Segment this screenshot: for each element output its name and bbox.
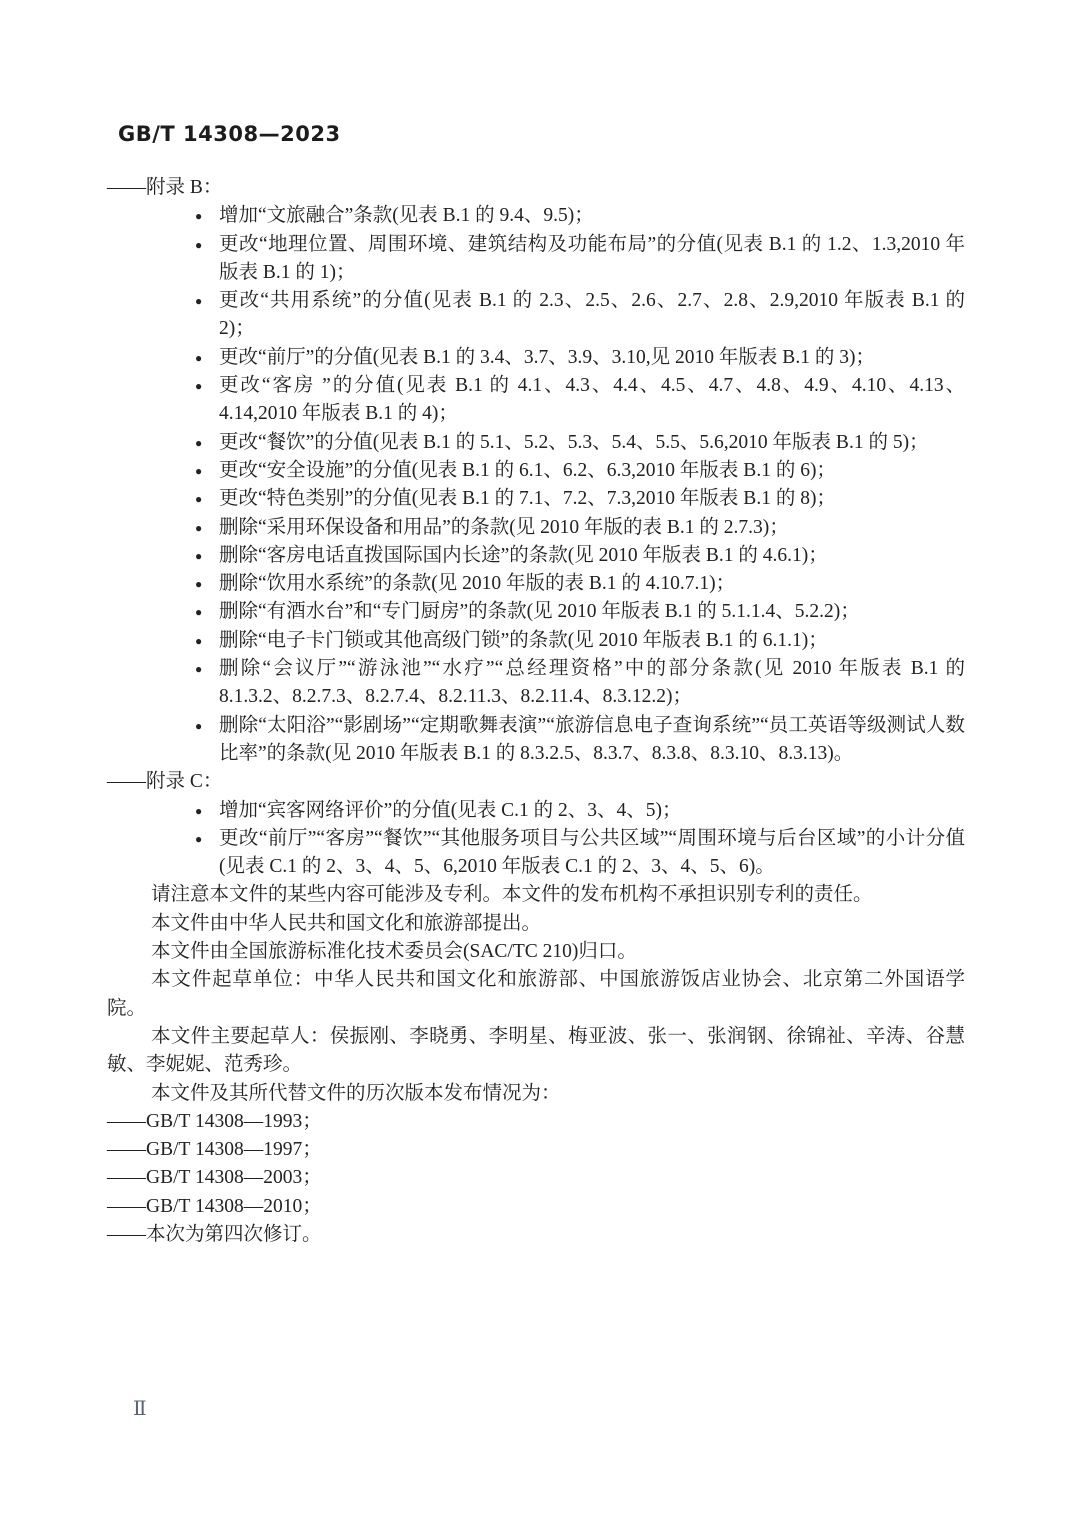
history-item: ——GB/T 14308—2003； <box>107 1164 965 1192</box>
history-item-text: GB/T 14308—2010； <box>146 1196 322 1217</box>
bullet-icon: ● <box>107 655 219 712</box>
em-dash: —— <box>107 1139 146 1160</box>
history-item-text: 本次为第四次修订。 <box>146 1224 322 1245</box>
paragraph-centralized-by: 本文件由全国旅游标准化技术委员会(SAC/TC 210)归口。 <box>107 938 965 966</box>
annex-c-item: ● 增加“宾客网络评价”的分值(见表 C.1 的 2、3、4、5)； <box>107 797 965 825</box>
document-code-header: GB/T 14308—2023 <box>118 122 341 146</box>
bullet-icon: ● <box>107 797 219 825</box>
annex-b-item-text: 删除“客房电话直拨国际国内长途”的条款(见 2010 年版表 B.1 的 4.6… <box>219 542 965 570</box>
history-item: ——本次为第四次修订。 <box>107 1221 965 1249</box>
bullet-icon: ● <box>107 598 219 626</box>
annex-b-item-text: 更改“前厅”的分值(见表 B.1 的 3.4、3.7、3.9、3.10,见 20… <box>219 344 965 372</box>
annex-b-item-text: 删除“饮用水系统”的条款(见 2010 年版的表 B.1 的 4.10.7.1)… <box>219 570 965 598</box>
paragraph-patent-note: 请注意本文件的某些内容可能涉及专利。本文件的发布机构不承担识别专利的责任。 <box>107 881 965 909</box>
history-item: ——GB/T 14308—1993； <box>107 1108 965 1136</box>
annex-b-item: ● 删除“太阳浴”“影剧场”“定期歌舞表演”“旅游信息电子查询系统”“员工英语等… <box>107 712 965 769</box>
bullet-icon: ● <box>107 287 219 344</box>
em-dash: —— <box>107 1224 146 1245</box>
bullet-icon: ● <box>107 825 219 882</box>
annex-b-item: ● 更改“安全设施”的分值(见表 B.1 的 6.1、6.2、6.3,2010 … <box>107 457 965 485</box>
annex-b-item-text: 更改“安全设施”的分值(见表 B.1 的 6.1、6.2、6.3,2010 年版… <box>219 457 965 485</box>
annex-b-item: ● 更改“地理位置、周围环境、建筑结构及功能布局”的分值(见表 B.1 的 1.… <box>107 231 965 288</box>
bullet-icon: ● <box>107 712 219 769</box>
bullet-icon: ● <box>107 429 219 457</box>
document-page: GB/T 14308—2023 ——附录 B： ● 增加“文旅融合”条款(见表 … <box>0 0 1080 1527</box>
annex-b-item: ● 更改“共用系统”的分值(见表 B.1 的 2.3、2.5、2.6、2.7、2… <box>107 287 965 344</box>
document-body: ——附录 B： ● 增加“文旅融合”条款(见表 B.1 的 9.4、9.5)； … <box>107 174 965 1249</box>
em-dash: —— <box>107 1111 146 1132</box>
annex-c-item-text: 更改“前厅”“客房”“餐饮”“其他服务项目与公共区域”“周围环境与后台区域”的小… <box>219 825 965 882</box>
bullet-icon: ● <box>107 514 219 542</box>
annex-b-item: ● 增加“文旅融合”条款(见表 B.1 的 9.4、9.5)； <box>107 202 965 230</box>
bullet-icon: ● <box>107 231 219 288</box>
bullet-icon: ● <box>107 344 219 372</box>
em-dash: —— <box>107 1196 146 1217</box>
annex-c-label: 附录 C： <box>146 771 222 792</box>
bullet-icon: ● <box>107 570 219 598</box>
history-item-text: GB/T 14308—1993； <box>146 1111 322 1132</box>
annex-c-item: ● 更改“前厅”“客房”“餐饮”“其他服务项目与公共区域”“周围环境与后台区域”… <box>107 825 965 882</box>
annex-b-item: ● 删除“电子卡门锁或其他高级门锁”的条款(见 2010 年版表 B.1 的 6… <box>107 627 965 655</box>
annex-c-item-text: 增加“宾客网络评价”的分值(见表 C.1 的 2、3、4、5)； <box>219 797 965 825</box>
bullet-icon: ● <box>107 202 219 230</box>
annex-b-item-text: 删除“有酒水台”和“专门厨房”的条款(见 2010 年版表 B.1 的 5.1.… <box>219 598 965 626</box>
annex-b-item-text: 更改“共用系统”的分值(见表 B.1 的 2.3、2.5、2.6、2.7、2.8… <box>219 287 965 344</box>
bullet-icon: ● <box>107 372 219 429</box>
paragraph-drafters: 本文件主要起草人：侯振刚、李晓勇、李明星、梅亚波、张一、张润钢、徐锦祉、辛涛、谷… <box>107 1023 965 1080</box>
bullet-icon: ● <box>107 542 219 570</box>
annex-b-item-text: 更改“特色类别”的分值(见表 B.1 的 7.1、7.2、7.3,2010 年版… <box>219 485 965 513</box>
em-dash: —— <box>107 771 146 792</box>
annex-b-item-text: 更改“地理位置、周围环境、建筑结构及功能布局”的分值(见表 B.1 的 1.2、… <box>219 231 965 288</box>
paragraph-drafting-orgs: 本文件起草单位：中华人民共和国文化和旅游部、中国旅游饭店业协会、北京第二外国语学… <box>107 966 965 1023</box>
annex-b-item-text: 更改“客房 ”的分值(见表 B.1 的 4.1、4.3、4.4、4.5、4.7、… <box>219 372 965 429</box>
annex-b-item: ● 更改“特色类别”的分值(见表 B.1 的 7.1、7.2、7.3,2010 … <box>107 485 965 513</box>
annex-b-label: 附录 B： <box>146 177 222 198</box>
annex-b-item-text: 更改“餐饮”的分值(见表 B.1 的 5.1、5.2、5.3、5.4、5.5、5… <box>219 429 965 457</box>
page-number: Ⅱ <box>133 1396 147 1420</box>
annex-b-heading: ——附录 B： <box>107 174 965 202</box>
bullet-icon: ● <box>107 485 219 513</box>
annex-b-item: ● 删除“有酒水台”和“专门厨房”的条款(见 2010 年版表 B.1 的 5.… <box>107 598 965 626</box>
annex-b-item-text: 删除“电子卡门锁或其他高级门锁”的条款(见 2010 年版表 B.1 的 6.1… <box>219 627 965 655</box>
annex-b-item: ● 更改“前厅”的分值(见表 B.1 的 3.4、3.7、3.9、3.10,见 … <box>107 344 965 372</box>
paragraph-proposed-by: 本文件由中华人民共和国文化和旅游部提出。 <box>107 910 965 938</box>
paragraph-history-intro: 本文件及其所代替文件的历次版本发布情况为： <box>107 1080 965 1108</box>
history-item: ——GB/T 14308—2010； <box>107 1193 965 1221</box>
annex-c-heading: ——附录 C： <box>107 768 965 796</box>
annex-b-item-text: 删除“会议厅”“游泳池”“水疗”“总经理资格”中的部分条款(见 2010 年版表… <box>219 655 965 712</box>
annex-b-item: ● 删除“饮用水系统”的条款(见 2010 年版的表 B.1 的 4.10.7.… <box>107 570 965 598</box>
annex-b-item: ● 删除“会议厅”“游泳池”“水疗”“总经理资格”中的部分条款(见 2010 年… <box>107 655 965 712</box>
bullet-icon: ● <box>107 457 219 485</box>
annex-b-item: ● 删除“采用环保设备和用品”的条款(见 2010 年版的表 B.1 的 2.7… <box>107 514 965 542</box>
annex-b-item-text: 删除“采用环保设备和用品”的条款(见 2010 年版的表 B.1 的 2.7.3… <box>219 514 965 542</box>
annex-b-item: ● 更改“餐饮”的分值(见表 B.1 的 5.1、5.2、5.3、5.4、5.5… <box>107 429 965 457</box>
em-dash: —— <box>107 1167 146 1188</box>
em-dash: —— <box>107 177 146 198</box>
history-item-text: GB/T 14308—2003； <box>146 1167 322 1188</box>
annex-b-item: ● 删除“客房电话直拨国际国内长途”的条款(见 2010 年版表 B.1 的 4… <box>107 542 965 570</box>
history-item-text: GB/T 14308—1997； <box>146 1139 322 1160</box>
history-item: ——GB/T 14308—1997； <box>107 1136 965 1164</box>
annex-b-item-text: 增加“文旅融合”条款(见表 B.1 的 9.4、9.5)； <box>219 202 965 230</box>
annex-b-item-text: 删除“太阳浴”“影剧场”“定期歌舞表演”“旅游信息电子查询系统”“员工英语等级测… <box>219 712 965 769</box>
annex-b-item: ● 更改“客房 ”的分值(见表 B.1 的 4.1、4.3、4.4、4.5、4.… <box>107 372 965 429</box>
bullet-icon: ● <box>107 627 219 655</box>
